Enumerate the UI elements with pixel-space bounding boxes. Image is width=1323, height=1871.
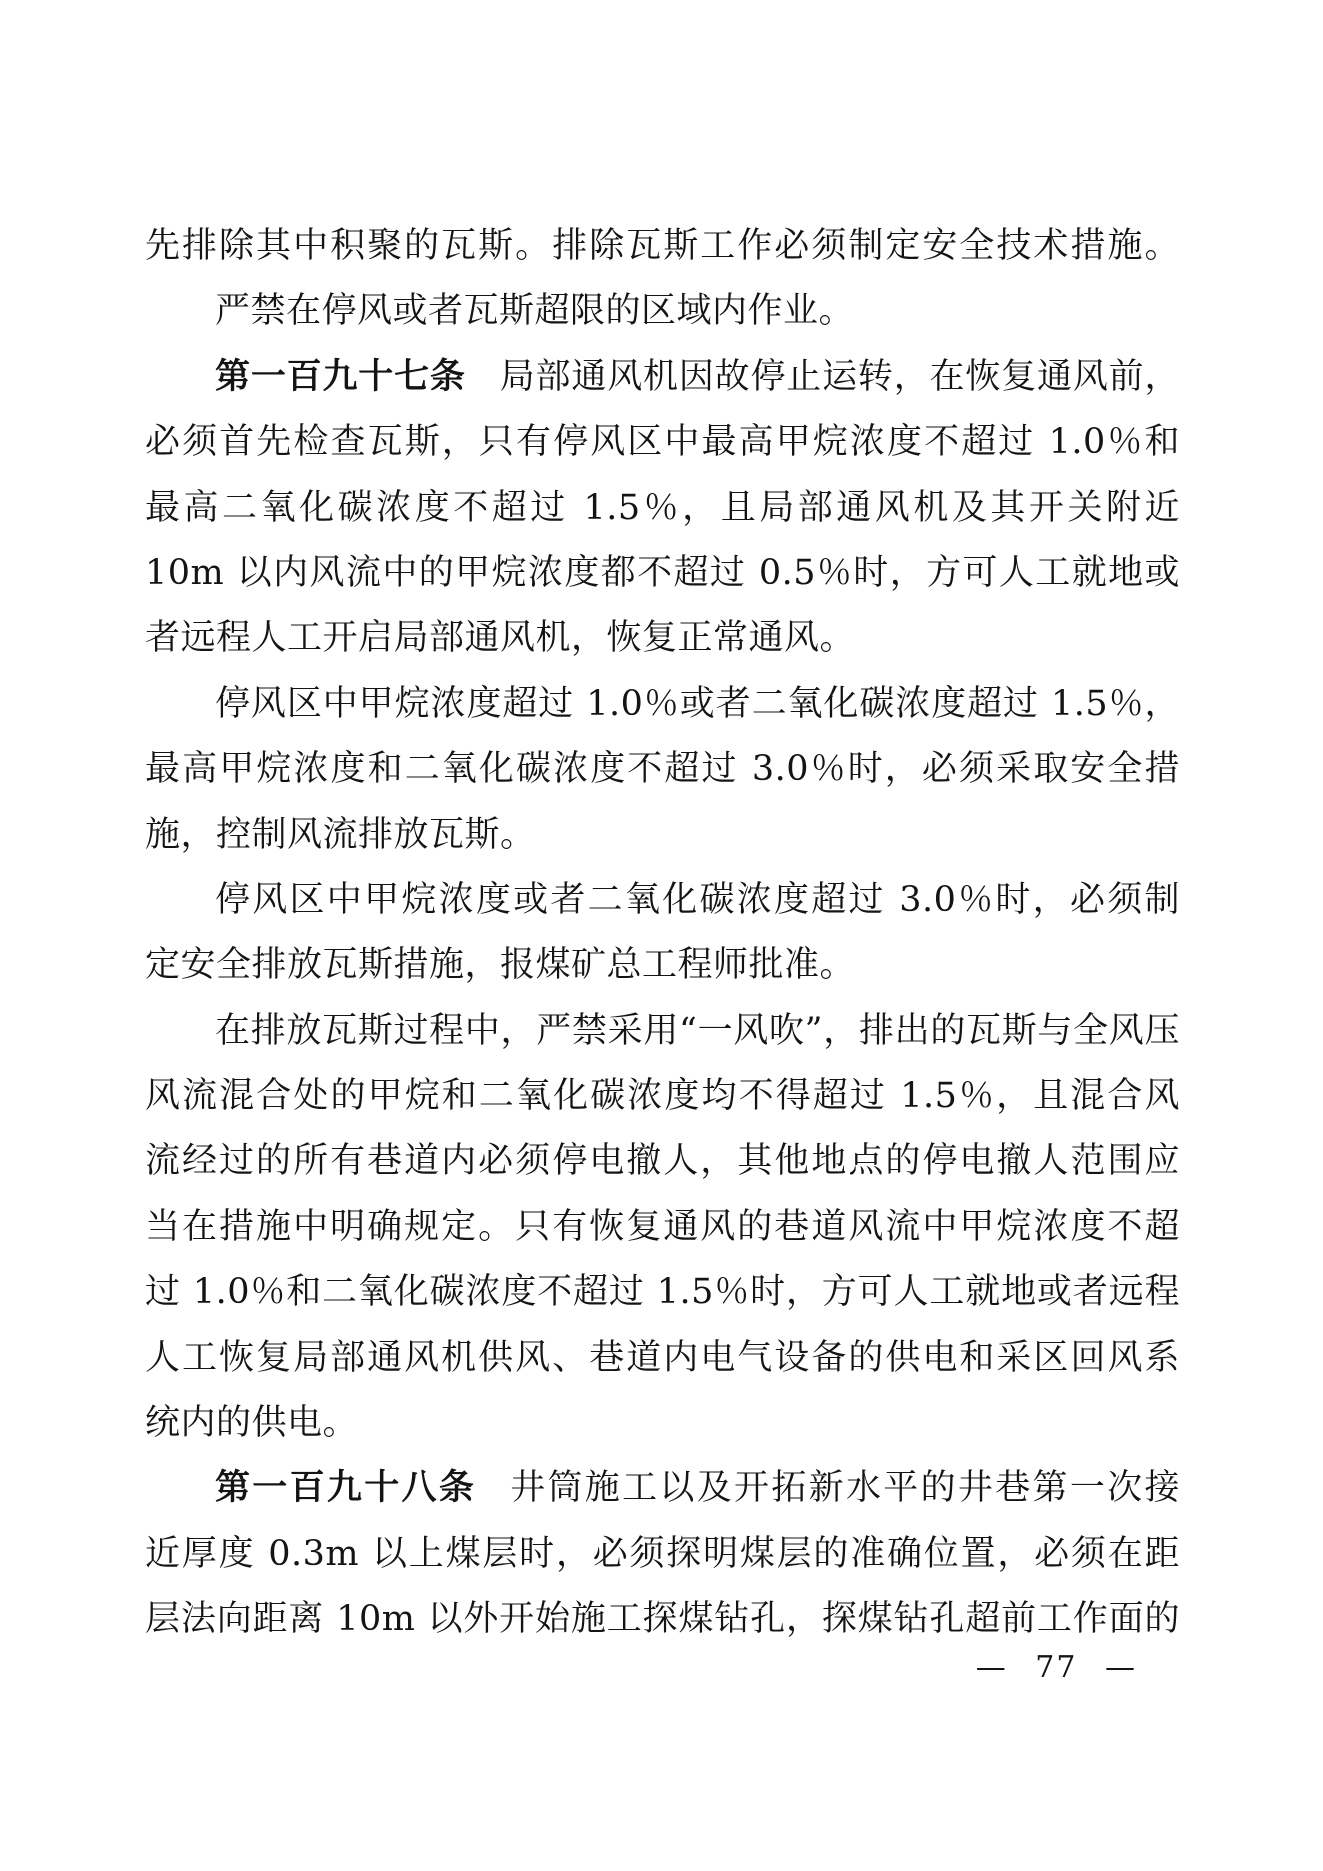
article-number: 第一百九十七条 bbox=[215, 357, 466, 397]
text-line: 施，控制风流排放瓦斯。 bbox=[145, 803, 1180, 868]
article-number: 第一百九十八条 bbox=[215, 1468, 476, 1508]
text-line: 第一百九十八条井筒施工以及开拓新水平的井巷第一次接 bbox=[145, 1456, 1180, 1521]
text-line: 层法向距离 10m 以外开始施工探煤钻孔，探煤钻孔超前工作面的 bbox=[145, 1587, 1180, 1652]
text-line: 最高甲烷浓度和二氧化碳浓度不超过 3.0％时，必须采取安全措 bbox=[145, 737, 1180, 802]
text-line: 第一百九十七条局部通风机因故停止运转，在恢复通风前， bbox=[145, 345, 1180, 410]
text-line: 停风区中甲烷浓度超过 1.0％或者二氧化碳浓度超过 1.5％， bbox=[145, 672, 1180, 737]
text-line: 必须首先检查瓦斯，只有停风区中最高甲烷浓度不超过 1.0％和 bbox=[145, 410, 1180, 475]
text-line: 最高二氧化碳浓度不超过 1.5％，且局部通风机及其开关附近 bbox=[145, 476, 1180, 541]
document-body: 先排除其中积聚的瓦斯。排除瓦斯工作必须制定安全技术措施。严禁在停风或者瓦斯超限的… bbox=[145, 214, 1180, 1653]
page-number: — 77 — bbox=[976, 1650, 1137, 1685]
text-line: 流经过的所有巷道内必须停电撤人，其他地点的停电撤人范围应 bbox=[145, 1129, 1180, 1194]
text-line: 当在措施中明确规定。只有恢复通风的巷道风流中甲烷浓度不超 bbox=[145, 1195, 1180, 1260]
text-line: 人工恢复局部通风机供风、巷道内电气设备的供电和采区回风系 bbox=[145, 1326, 1180, 1391]
text-line: 定安全排放瓦斯措施，报煤矿总工程师批准。 bbox=[145, 933, 1180, 998]
text-line: 统内的供电。 bbox=[145, 1391, 1180, 1456]
document-page: 先排除其中积聚的瓦斯。排除瓦斯工作必须制定安全技术措施。严禁在停风或者瓦斯超限的… bbox=[0, 0, 1323, 1871]
text-line: 者远程人工开启局部通风机，恢复正常通风。 bbox=[145, 606, 1180, 671]
text-line: 近厚度 0.3m 以上煤层时，必须探明煤层的准确位置，必须在距煤 bbox=[145, 1522, 1180, 1587]
text-line: 在排放瓦斯过程中，严禁采用“一风吹”，排出的瓦斯与全风压 bbox=[145, 999, 1180, 1064]
page-footer: — 77 — bbox=[0, 1650, 1323, 1685]
text-line: 严禁在停风或者瓦斯超限的区域内作业。 bbox=[145, 279, 1180, 344]
text-line: 风流混合处的甲烷和二氧化碳浓度均不得超过 1.5％，且混合风 bbox=[145, 1064, 1180, 1129]
text-line: 先排除其中积聚的瓦斯。排除瓦斯工作必须制定安全技术措施。 bbox=[145, 214, 1180, 279]
text-line: 过 1.0％和二氧化碳浓度不超过 1.5％时，方可人工就地或者远程 bbox=[145, 1260, 1180, 1325]
text-line: 10m 以内风流中的甲烷浓度都不超过 0.5％时，方可人工就地或 bbox=[145, 541, 1180, 606]
text-line: 停风区中甲烷浓度或者二氧化碳浓度超过 3.0％时，必须制 bbox=[145, 868, 1180, 933]
